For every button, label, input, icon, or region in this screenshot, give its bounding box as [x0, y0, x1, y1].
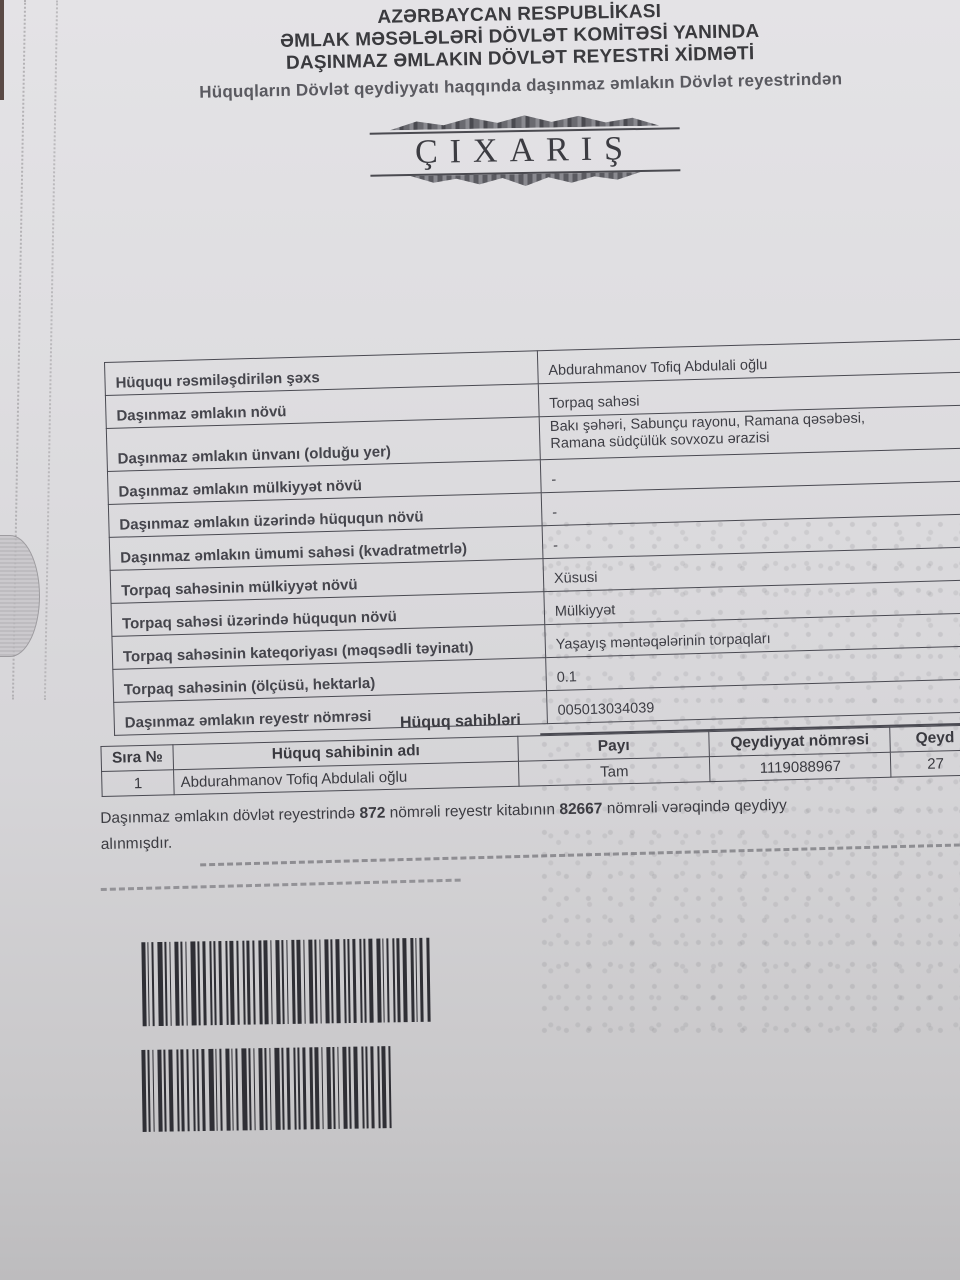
barcode-bar	[164, 942, 167, 1026]
barcode-bar	[308, 940, 313, 1024]
header-no: Sıra №	[101, 745, 174, 772]
background-edge	[0, 0, 4, 100]
barcode-bar	[281, 1048, 284, 1130]
barcode-bar	[157, 942, 163, 1026]
barcode-bar	[209, 941, 212, 1025]
barcode-bar	[235, 1048, 238, 1130]
barcode-bar	[382, 938, 384, 1022]
barcode-bar	[286, 940, 288, 1024]
barcode-bar	[213, 941, 216, 1025]
barcode-bar	[229, 941, 234, 1025]
barcode-bar	[386, 938, 389, 1022]
barcode-bar	[376, 939, 381, 1023]
barcode-bar	[314, 1047, 319, 1129]
barcode-bar	[348, 1047, 351, 1129]
barcode-bar	[186, 1049, 189, 1131]
barcode-bar	[208, 1049, 214, 1131]
barcode-bar	[297, 1048, 300, 1130]
barcode-bar	[258, 940, 262, 1024]
barcode-bar	[180, 1049, 184, 1131]
barcode-bar	[242, 941, 245, 1025]
barcode-bar	[241, 1048, 247, 1130]
barcode-bar	[321, 1047, 323, 1129]
barcode-bar	[176, 1049, 179, 1131]
barcode-bar	[319, 939, 321, 1023]
barcode-bar	[157, 1050, 162, 1132]
owner-no: 1	[102, 770, 175, 797]
barcode-bar	[269, 1048, 271, 1130]
owner-reg-date: 27	[890, 750, 960, 777]
barcode-bottom	[141, 1046, 395, 1132]
barcode-bar	[291, 940, 295, 1024]
barcode-bar	[147, 1050, 150, 1132]
barcode-bar	[215, 1049, 217, 1131]
header-reg-date: Qeyd	[890, 725, 960, 752]
statement-part-1: Daşınmaz əmlakın dövlət reyestrində	[100, 805, 360, 827]
barcode-bar	[147, 942, 149, 1026]
statement-part-2: nömrəli reyestr kitabının	[385, 801, 559, 821]
barcode-bar	[201, 1049, 205, 1131]
barcode-bar	[377, 1046, 380, 1128]
barcode-bar	[219, 1049, 222, 1131]
barcode-bar	[296, 940, 301, 1024]
barcode-bar	[335, 939, 340, 1023]
barcode-bar	[270, 940, 272, 1024]
barcode-bar	[141, 1050, 146, 1132]
owner-share: Tam	[518, 757, 710, 787]
barcode-bar	[225, 1049, 230, 1131]
barcode-top	[141, 938, 432, 1027]
barcode-bar	[303, 940, 305, 1024]
barcode-bar	[231, 1049, 233, 1131]
barcode-bar	[370, 1046, 374, 1128]
barcode-bar	[415, 938, 417, 1022]
barcode-bar	[253, 1048, 255, 1130]
barcode-bar	[363, 939, 366, 1023]
barcode-bar	[332, 1047, 335, 1129]
barcode-bar	[169, 942, 171, 1026]
barcode-bar	[361, 1047, 364, 1129]
document-header: AZƏRBAYCAN RESPUBLİKASI ƏMLAK MƏSƏLƏLƏRİ…	[119, 0, 921, 104]
barcode-bar	[264, 1048, 267, 1130]
barcode-bar	[281, 940, 284, 1024]
barcode-bar	[359, 939, 362, 1023]
barcode-bar	[218, 941, 222, 1025]
barcode-bar	[274, 1048, 280, 1130]
dotted-line-2	[101, 879, 461, 891]
barcode-bar	[388, 1046, 391, 1128]
barcode-bar	[352, 939, 356, 1023]
barcode-bar	[236, 941, 239, 1025]
barcode-bar	[426, 938, 430, 1022]
barcode-bar	[293, 1048, 296, 1130]
barcode-bar	[225, 941, 228, 1025]
barcode-bar	[192, 1049, 195, 1131]
barcode-bar	[275, 940, 280, 1024]
barcode-bar	[410, 938, 414, 1022]
barcode-bar	[141, 942, 146, 1026]
owner-reg-no: 1119088967	[710, 752, 891, 781]
document-title-block: ÇIXARIŞ	[369, 107, 680, 192]
sheet-number: 82667	[559, 800, 602, 818]
book-number: 872	[359, 805, 385, 822]
property-table: Hüququ rəsmiləşdirilən şəxsAbdurahmanov …	[104, 338, 960, 736]
barcode-bar	[342, 1047, 347, 1129]
statement-part-3: nömrəli vərəqində qeydiyy	[602, 797, 787, 818]
barcode-bar	[326, 1047, 331, 1129]
barcode-bar	[365, 1046, 368, 1128]
barcode-bar	[151, 942, 154, 1026]
barcode-bar	[152, 1050, 154, 1132]
barcode-bar	[309, 1047, 313, 1129]
barcode-bar	[163, 1050, 166, 1132]
owners-table: Sıra № Hüquq sahibinin adı Payı Qeydiyya…	[100, 724, 960, 796]
barcode-bar	[343, 939, 346, 1023]
barcode-bar	[330, 939, 333, 1023]
barcode-bar	[197, 941, 200, 1025]
barcode-bar	[396, 938, 400, 1022]
barcode-bar	[353, 1047, 358, 1129]
barcode-bar	[286, 1048, 290, 1130]
barcode-bar	[263, 940, 268, 1024]
barcode-bar	[258, 1048, 263, 1130]
barcode-bar	[185, 942, 187, 1026]
property-table-wrapper: Hüququ rəsmiləşdirilən şəxsAbdurahmanov …	[104, 338, 960, 736]
barcode-bar	[347, 939, 350, 1023]
barcode-bar	[168, 1050, 173, 1132]
owners-title: Hüquq sahibləri	[400, 712, 521, 733]
barcode-bar	[337, 1047, 339, 1129]
barcode-bar	[302, 1047, 306, 1129]
barcode-bar	[180, 942, 183, 1026]
barcode-bar	[419, 938, 423, 1022]
barcode-bar	[202, 941, 206, 1025]
barcode-bar	[196, 1049, 199, 1131]
barcode-bar	[314, 940, 317, 1024]
document-title: ÇIXARIŞ	[370, 127, 681, 174]
barcode-bar	[381, 1046, 386, 1128]
barcode-bar	[402, 938, 407, 1022]
barcode-bar	[246, 941, 250, 1025]
barcode-bar	[368, 939, 373, 1023]
barcode-bar	[392, 938, 395, 1022]
barcode-bar	[248, 1048, 251, 1130]
document-page: AZƏRBAYCAN RESPUBLİKASI ƏMLAK MƏSƏLƏLƏRİ…	[0, 0, 960, 1280]
barcode-bar	[252, 941, 255, 1025]
barcode-bar	[190, 941, 196, 1025]
barcode-bar	[174, 942, 179, 1026]
barcode-bar	[324, 939, 329, 1023]
